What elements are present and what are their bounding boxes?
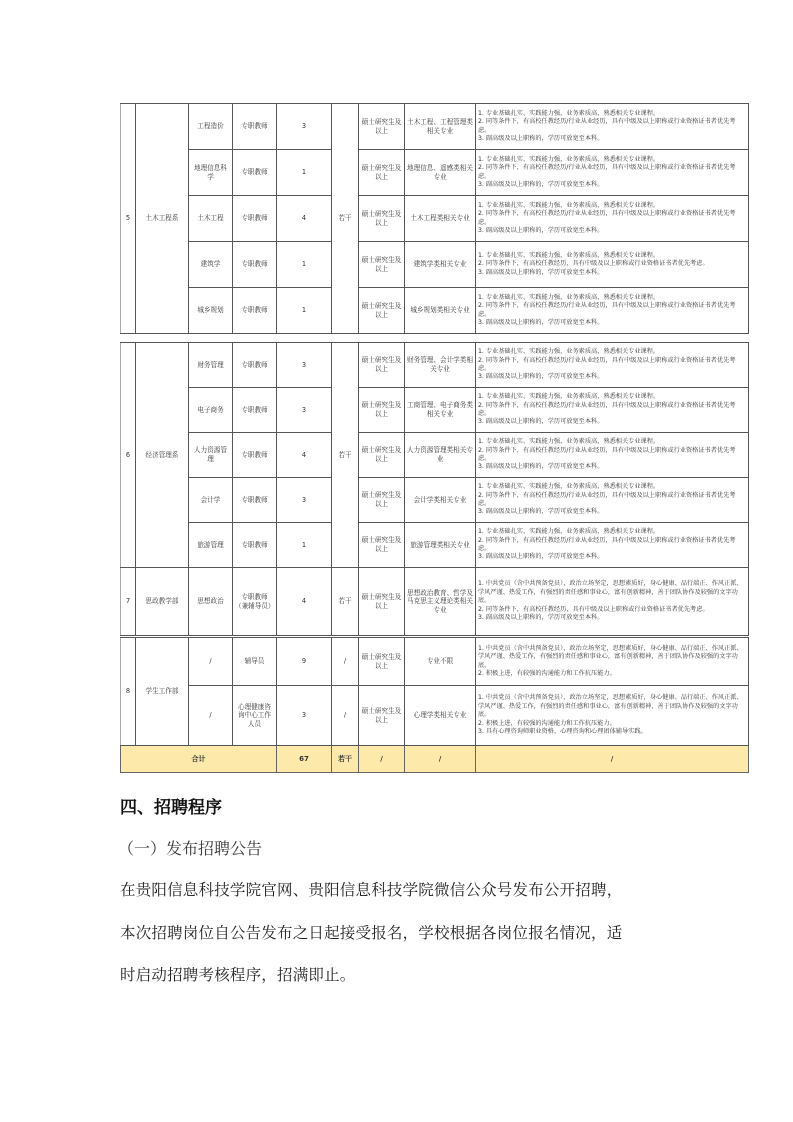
requirements: 1. 中共党员（含中共预备党员），政治立场坚定，思想素质好，身心健康、品行端正、… bbox=[476, 686, 749, 746]
count: 3 bbox=[277, 478, 332, 523]
requirement-line: 3. 副高级及以上职称的，学历可放宽至本科。 bbox=[478, 463, 746, 471]
requirement-line: 2. 同等条件下，有高校任教经历/行业从业经历，具有中级及以上职称或行业资格证书… bbox=[478, 302, 746, 319]
count: 3 bbox=[277, 388, 332, 433]
field: 专业不限 bbox=[405, 638, 476, 686]
education: 硕士研究生及以上 bbox=[359, 568, 405, 636]
requirement-line: 1. 中共党员（含中共预备党员），政治立场坚定，思想素质好，身心健康、品行端正、… bbox=[478, 645, 746, 670]
extra-headcount: 若干 bbox=[332, 568, 359, 636]
education: 硕士研究生及以上 bbox=[359, 523, 405, 568]
position: 专职教师 bbox=[233, 104, 277, 150]
position: 专职教师 bbox=[233, 343, 277, 388]
major: 工程造价 bbox=[189, 104, 233, 150]
field: 思想政治教育、哲学及马克思主义理论类相关专业 bbox=[405, 568, 476, 636]
position: 专职教师 bbox=[233, 433, 277, 478]
extra-headcount: / bbox=[332, 638, 359, 686]
major: / bbox=[189, 638, 233, 686]
table-row: 地理信息科学 专职教师 1 硕士研究生及以上 地理信息、遥感类相关专业 1. 专… bbox=[121, 150, 749, 196]
requirement-line: 1. 专业基础扎实、实践能力强，业务素质高，熟悉相关专业课程。 bbox=[478, 202, 746, 210]
field: 土木工程类相关专业 bbox=[405, 196, 476, 242]
count: 4 bbox=[277, 433, 332, 478]
count: 3 bbox=[277, 104, 332, 150]
table-row: 5 土木工程系 工程造价 专职教师 3 若干 硕士研究生及以上 土木工程、工程管… bbox=[121, 104, 749, 150]
requirement-line: 3. 副高级及以上职称的，学历可放宽至本科。 bbox=[478, 553, 746, 561]
department: 土木工程系 bbox=[136, 104, 189, 334]
field: 城乡规划类相关专业 bbox=[405, 288, 476, 334]
position: 专职教师 bbox=[233, 288, 277, 334]
position: 专职教师 bbox=[233, 242, 277, 288]
row-number: 7 bbox=[121, 568, 136, 636]
requirements: 1. 专业基础扎实、实践能力强，业务素质高，熟悉相关专业课程。 2. 同等条件下… bbox=[476, 433, 749, 478]
education: 硕士研究生及以上 bbox=[359, 478, 405, 523]
requirement-line: 1. 专业基础扎实、实践能力强，业务素质高，熟悉相关专业课程。 bbox=[478, 294, 746, 302]
major: 电子商务 bbox=[189, 388, 233, 433]
field: 人力资源管理类相关专业 bbox=[405, 433, 476, 478]
field: 地理信息、遥感类相关专业 bbox=[405, 150, 476, 196]
field: 土木工程、工程管理类相关专业 bbox=[405, 104, 476, 150]
field: 财务管理、会计学类相关专业 bbox=[405, 343, 476, 388]
education: 硕士研究生及以上 bbox=[359, 686, 405, 746]
department: 经济管理系 bbox=[136, 343, 189, 568]
extra-headcount: / bbox=[332, 686, 359, 746]
education: 硕士研究生及以上 bbox=[359, 433, 405, 478]
requirement-line: 1. 中共党员（含中共预备党员），政治立场坚定，思想素质好，身心健康、品行端正、… bbox=[478, 694, 746, 719]
requirement-line: 1. 专业基础扎实、实践能力强，业务素质高，熟悉相关专业课程。 bbox=[478, 110, 746, 118]
field: 会计学类相关专业 bbox=[405, 478, 476, 523]
table-row: 城乡规划 专职教师 1 硕士研究生及以上 城乡规划类相关专业 1. 专业基础扎实… bbox=[121, 288, 749, 334]
position: 专职教师 bbox=[233, 150, 277, 196]
requirement-line: 3. 副高级及以上职称的，学历可放宽至本科。 bbox=[478, 181, 746, 189]
table-row: 6 经济管理系 财务管理 专职教师 3 若干 硕士研究生及以上 财务管理、会计学… bbox=[121, 343, 749, 388]
position: 心理健康咨询中心工作人员 bbox=[233, 686, 277, 746]
recruitment-table-segment-3: 8 学生工作部 / 辅导员 9 / 硕士研究生及以上 专业不限 1. 中共党员（… bbox=[120, 637, 749, 773]
table-row: / 心理健康咨询中心工作人员 3 / 硕士研究生及以上 心理学类相关专业 1. … bbox=[121, 686, 749, 746]
education: 硕士研究生及以上 bbox=[359, 343, 405, 388]
major: / bbox=[189, 686, 233, 746]
table-row: 土木工程 专职教师 4 硕士研究生及以上 土木工程类相关专业 1. 专业基础扎实… bbox=[121, 196, 749, 242]
education: 硕士研究生及以上 bbox=[359, 242, 405, 288]
requirement-line: 1. 专业基础扎实、实践能力强，业务素质高，熟悉相关专业课程。 bbox=[478, 483, 746, 491]
requirement-line: 3. 副高级及以上职称的，学历可放宽至本科。 bbox=[478, 269, 746, 277]
position: 专职教师 bbox=[233, 478, 277, 523]
paragraph-line: 本次招聘岗位自公告发布之日起接受报名，学校根据各岗位报名情况，适 bbox=[120, 921, 622, 943]
requirement-line: 3. 副高级及以上职称的，学历可放宽至本科。 bbox=[478, 418, 746, 426]
paragraph-line: 时启动招聘考核程序，招满即止。 bbox=[120, 963, 356, 985]
total-label: 合计 bbox=[121, 746, 277, 773]
requirements: 1. 专业基础扎实、实践能力强，业务素质高，熟悉相关专业课程。 2. 同等条件下… bbox=[476, 150, 749, 196]
count: 1 bbox=[277, 150, 332, 196]
department: 思政教学部 bbox=[136, 568, 189, 636]
position: 专职教师 bbox=[233, 523, 277, 568]
row-number: 8 bbox=[121, 638, 136, 746]
recruitment-table-segment-2: 6 经济管理系 财务管理 专职教师 3 若干 硕士研究生及以上 财务管理、会计学… bbox=[120, 342, 749, 636]
table-row: 会计学 专职教师 3 硕士研究生及以上 会计学类相关专业 1. 专业基础扎实、实… bbox=[121, 478, 749, 523]
requirement-line: 1. 专业基础扎实、实践能力强，业务素质高，熟悉相关专业课程。 bbox=[478, 528, 746, 536]
total-requirements: / bbox=[476, 746, 749, 773]
education: 硕士研究生及以上 bbox=[359, 104, 405, 150]
requirement-line: 2. 同等条件下，有高校任教经历/行业从业经历，具有中级及以上职称或行业资格证书… bbox=[478, 537, 746, 554]
field: 旅游管理类相关专业 bbox=[405, 523, 476, 568]
requirement-line: 2. 同等条件下，有高校任教经历/行业从业经历，具有中级及以上职称或行业资格证书… bbox=[478, 164, 746, 181]
table-row: 建筑学 专职教师 1 硕士研究生及以上 建筑学类相关专业 1. 专业基础扎实、实… bbox=[121, 242, 749, 288]
requirement-line: 2. 同等条件下，有高校任教经历，具有中级及以上职称或行业资格证书者优先考虑。 bbox=[478, 606, 746, 614]
count: 1 bbox=[277, 242, 332, 288]
major: 旅游管理 bbox=[189, 523, 233, 568]
count: 3 bbox=[277, 686, 332, 746]
count: 4 bbox=[277, 568, 332, 636]
major: 土木工程 bbox=[189, 196, 233, 242]
table-row: 旅游管理 专职教师 1 硕士研究生及以上 旅游管理类相关专业 1. 专业基础扎实… bbox=[121, 523, 749, 568]
requirements: 1. 专业基础扎实、实践能力强，业务素质高，熟悉相关专业课程。 2. 同等条件下… bbox=[476, 388, 749, 433]
field: 工商管理、电子商务类相关专业 bbox=[405, 388, 476, 433]
requirements: 1. 专业基础扎实、实践能力强，业务素质高，熟悉相关专业课程。 2. 同等条件下… bbox=[476, 242, 749, 288]
major: 会计学 bbox=[189, 478, 233, 523]
total-extra: 若干 bbox=[332, 746, 359, 773]
requirement-line: 2. 积极上进，有较强的沟通能力和工作抗压能力。 bbox=[478, 670, 746, 678]
count: 9 bbox=[277, 638, 332, 686]
requirement-line: 2. 同等条件下，有高校任教经历/行业从业经历，具有中级及以上职称或行业资格证书… bbox=[478, 118, 746, 135]
field: 建筑学类相关专业 bbox=[405, 242, 476, 288]
department: 学生工作部 bbox=[136, 638, 189, 746]
count: 1 bbox=[277, 288, 332, 334]
position: 专职教师 bbox=[233, 388, 277, 433]
requirements: 1. 中共党员（含中共预备党员），政治立场坚定，思想素质好，身心健康、品行端正、… bbox=[476, 568, 749, 636]
extra-headcount: 若干 bbox=[332, 343, 359, 568]
total-count: 67 bbox=[277, 746, 332, 773]
requirement-line: 3. 副高级及以上职称的，学历可放宽至本科。 bbox=[478, 135, 746, 143]
requirement-line: 2. 同等条件下，有高校任教经历/行业从业经历，具有中级及以上职称或行业资格证书… bbox=[478, 447, 746, 464]
requirement-line: 1. 专业基础扎实、实践能力强，业务素质高，熟悉相关专业课程。 bbox=[478, 348, 746, 356]
table-body: 5 土木工程系 工程造价 专职教师 3 若干 硕士研究生及以上 土木工程、工程管… bbox=[121, 104, 749, 334]
extra-headcount: 若干 bbox=[332, 104, 359, 334]
row-number: 5 bbox=[121, 104, 136, 334]
requirement-line: 3. 具有心理咨询师职业资格、心理咨询和心理团体辅导实践。 bbox=[478, 728, 746, 736]
table-body: 8 学生工作部 / 辅导员 9 / 硕士研究生及以上 专业不限 1. 中共党员（… bbox=[121, 638, 749, 773]
requirements: 1. 专业基础扎实、实践能力强，业务素质高，熟悉相关专业课程。 2. 同等条件下… bbox=[476, 523, 749, 568]
table-row: 电子商务 专职教师 3 硕士研究生及以上 工商管理、电子商务类相关专业 1. 专… bbox=[121, 388, 749, 433]
paragraph-line: 在贵阳信息科技学院官网、贵阳信息科技学院微信公众号发布公开招聘， bbox=[120, 878, 622, 900]
major: 地理信息科学 bbox=[189, 150, 233, 196]
requirement-line: 2. 同等条件下，有高校任教经历，具有中级及以上职称或行业资格证书者优先考虑。 bbox=[478, 260, 746, 268]
position: 专职教师（兼辅导员） bbox=[233, 568, 277, 636]
requirement-line: 3. 副高级及以上职称的，学历可放宽至本科。 bbox=[478, 227, 746, 235]
education: 硕士研究生及以上 bbox=[359, 638, 405, 686]
total-field: / bbox=[405, 746, 476, 773]
table-body: 6 经济管理系 财务管理 专职教师 3 若干 硕士研究生及以上 财务管理、会计学… bbox=[121, 343, 749, 636]
requirement-line: 2. 同等条件下，有高校任教经历/行业从业经历，具有中级及以上职称或行业资格证书… bbox=[478, 402, 746, 419]
section-subheading: （一）发布招聘公告 bbox=[118, 836, 262, 859]
requirements: 1. 专业基础扎实、实践能力强，业务素质高，熟悉相关专业课程。 2. 同等条件下… bbox=[476, 104, 749, 150]
requirement-line: 3. 副高级及以上职称的，学历可放宽至本科。 bbox=[478, 508, 746, 516]
count: 4 bbox=[277, 196, 332, 242]
requirement-line: 2. 同等条件下，有高校任教经历/行业从业经历，具有中级及以上职称或行业资格证书… bbox=[478, 210, 746, 227]
requirements: 1. 专业基础扎实、实践能力强，业务素质高，熟悉相关专业课程。 2. 同等条件下… bbox=[476, 196, 749, 242]
requirement-line: 3. 副高级及以上职称的，学历可放宽至本科。 bbox=[478, 319, 746, 327]
requirements: 1. 专业基础扎实、实践能力强，业务素质高，熟悉相关专业课程。 2. 同等条件下… bbox=[476, 288, 749, 334]
requirements: 1. 专业基础扎实、实践能力强，业务素质高，熟悉相关专业课程。 2. 同等条件下… bbox=[476, 478, 749, 523]
requirement-line: 1. 专业基础扎实、实践能力强，业务素质高，熟悉相关专业课程。 bbox=[478, 156, 746, 164]
table-row: 8 学生工作部 / 辅导员 9 / 硕士研究生及以上 专业不限 1. 中共党员（… bbox=[121, 638, 749, 686]
requirements: 1. 专业基础扎实、实践能力强，业务素质高，熟悉相关专业课程。 2. 同等条件下… bbox=[476, 343, 749, 388]
requirement-line: 2. 积极上进，有较强的沟通能力和工作抗压能力。 bbox=[478, 720, 746, 728]
position: 专职教师 bbox=[233, 196, 277, 242]
education: 硕士研究生及以上 bbox=[359, 288, 405, 334]
education: 硕士研究生及以上 bbox=[359, 196, 405, 242]
total-education: / bbox=[359, 746, 405, 773]
requirement-line: 3. 副高级及以上职称的，学历可放宽至本科。 bbox=[478, 614, 746, 622]
major: 建筑学 bbox=[189, 242, 233, 288]
requirement-line: 1. 专业基础扎实、实践能力强，业务素质高，熟悉相关专业课程。 bbox=[478, 393, 746, 401]
requirement-line: 2. 同等条件下，有高校任教经历/行业从业经历，具有中级及以上职称或行业资格证书… bbox=[478, 357, 746, 374]
requirements: 1. 中共党员（含中共预备党员），政治立场坚定，思想素质好，身心健康、品行端正、… bbox=[476, 638, 749, 686]
requirement-line: 3. 副高级及以上职称的，学历可放宽至本科。 bbox=[478, 373, 746, 381]
requirement-line: 1. 专业基础扎实、实践能力强，业务素质高，熟悉相关专业课程。 bbox=[478, 438, 746, 446]
total-row: 合计 67 若干 / / / bbox=[121, 746, 749, 773]
table-row: 人力资源管理 专职教师 4 硕士研究生及以上 人力资源管理类相关专业 1. 专业… bbox=[121, 433, 749, 478]
table-row: 7 思政教学部 思想政治 专职教师（兼辅导员） 4 若干 硕士研究生及以上 思想… bbox=[121, 568, 749, 636]
count: 3 bbox=[277, 343, 332, 388]
count: 1 bbox=[277, 523, 332, 568]
major: 人力资源管理 bbox=[189, 433, 233, 478]
recruitment-table-segment-1: 5 土木工程系 工程造价 专职教师 3 若干 硕士研究生及以上 土木工程、工程管… bbox=[120, 103, 749, 334]
requirement-line: 1. 中共党员（含中共预备党员），政治立场坚定，思想素质好，身心健康、品行端正、… bbox=[478, 580, 746, 605]
major: 思想政治 bbox=[189, 568, 233, 636]
row-number: 6 bbox=[121, 343, 136, 568]
major: 城乡规划 bbox=[189, 288, 233, 334]
position: 辅导员 bbox=[233, 638, 277, 686]
field: 心理学类相关专业 bbox=[405, 686, 476, 746]
section-heading: 四、招聘程序 bbox=[120, 793, 222, 818]
requirement-line: 2. 同等条件下，有高校任教经历/行业从业经历，具有中级及以上职称或行业资格证书… bbox=[478, 492, 746, 509]
education: 硕士研究生及以上 bbox=[359, 150, 405, 196]
education: 硕士研究生及以上 bbox=[359, 388, 405, 433]
major: 财务管理 bbox=[189, 343, 233, 388]
